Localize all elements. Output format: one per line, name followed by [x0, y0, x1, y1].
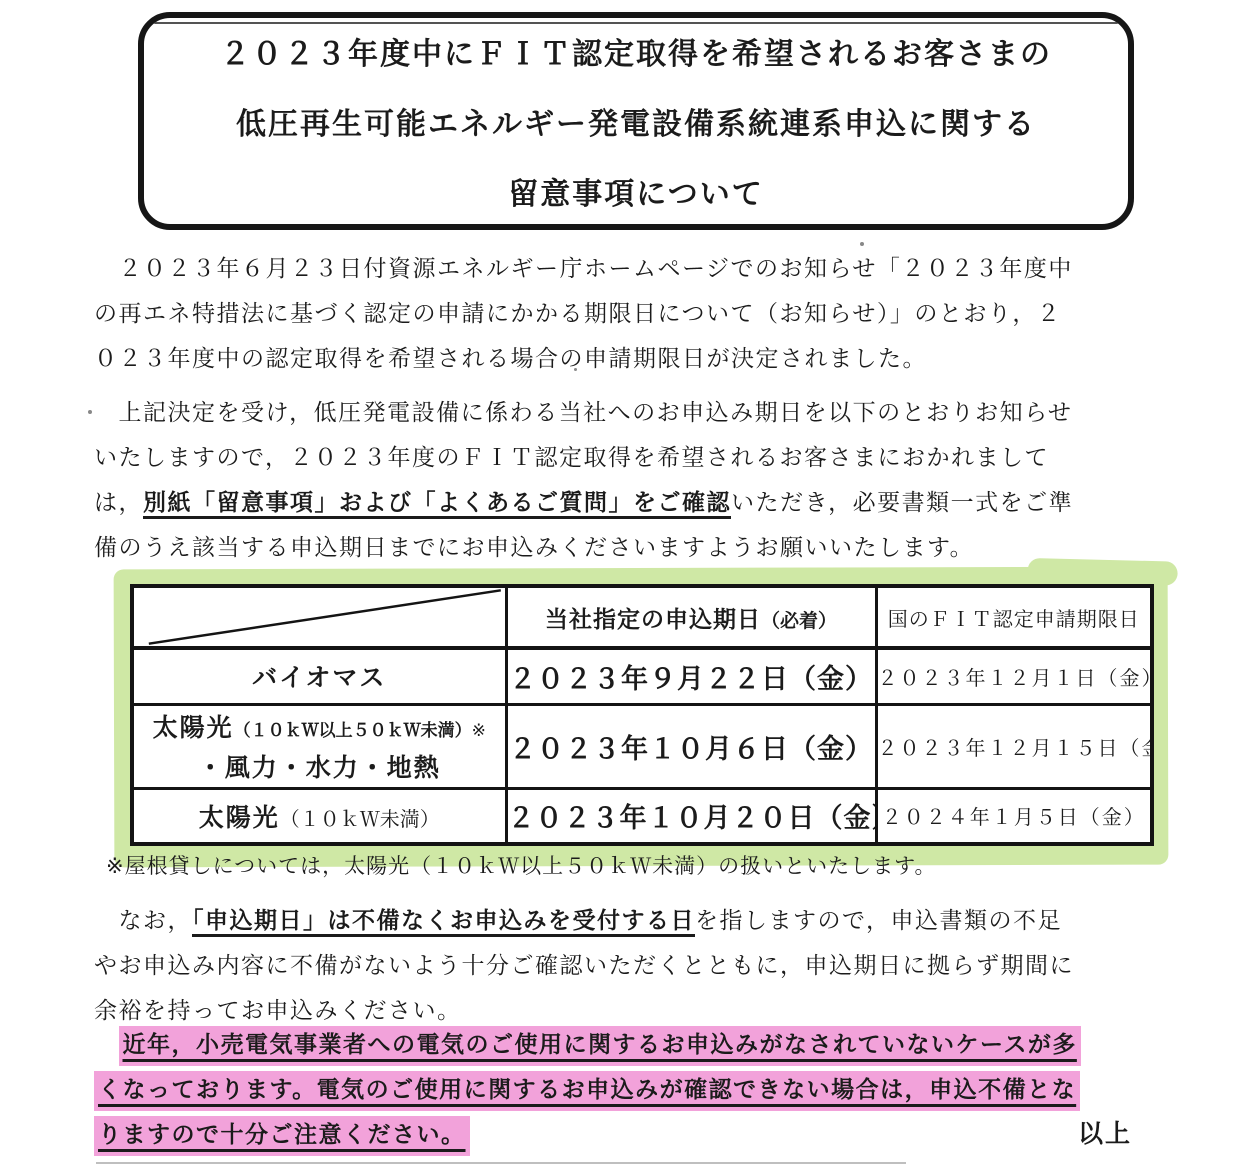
paragraph-notice: 上記決定を受け，低圧発電設備に係わる当社へのお申込み期日を以下のとおりお知らせい…	[94, 390, 1158, 570]
table-row-biomass: バイオマス ２０２３年９月２２日（金） ２０２３年１２月１日（金）	[132, 648, 1152, 704]
row-solar-mid-fit-deadline: ２０２３年１２月１５日（金）	[878, 738, 1153, 760]
row-solar-small-fit-deadline-cell: ２０２４年１月５日（金）	[876, 788, 1152, 844]
document-page: ２０２３年度中にＦＩＴ認定取得を希望されるお客さまの 低圧再生可能エネルギー発電…	[0, 0, 1240, 1168]
header-company-deadline-label: 当社指定の申込期日	[545, 606, 761, 632]
text-segment	[94, 1031, 119, 1057]
emphasized-text: 「申込期日」は不備なくお申込みを受付する日	[192, 907, 695, 933]
text-line: ０２３年度中の認定取得を希望される場合の申請期限日が決定されました。	[94, 336, 1158, 381]
text-line: いたしますので，２０２３年度のＦＩＴ認定取得を希望されるお客さまにおかれまして	[94, 435, 1158, 480]
text-segment: は，	[94, 489, 143, 515]
emphasized-text: 別紙「留意事項」および「よくあるご質問」をご確認	[143, 489, 731, 515]
text-segment: いただき，必要書類一式をご準	[731, 489, 1073, 515]
table-row-solar-wind-hydro-geothermal: 太陽光（１０ｋＷ以上５０ｋＷ未満）※ ・風力・水力・地熱 ２０２３年１０月６日（…	[132, 704, 1152, 788]
row-solar-mid-label: 太陽光	[153, 714, 234, 742]
scan-speck	[574, 368, 577, 371]
scan-speck	[860, 242, 864, 246]
scan-artifact-line	[96, 1162, 906, 1164]
text-line: 上記決定を受け，低圧発電設備に係わる当社へのお申込み期日を以下のとおりお知らせ	[94, 390, 1158, 435]
text-line: くなっております。電気のご使用に関するお申込みが確認できない場合は，申込不備とな	[94, 1067, 1158, 1112]
emphasized-text: くなっております。電気のご使用に関するお申込みが確認できない場合は，申込不備とな	[94, 1071, 1080, 1111]
text-segment: 備のうえ該当する申込期日までにお申込みくださいますようお願いいたします。	[94, 534, 974, 560]
text-line: りますので十分ご注意ください。	[94, 1112, 1158, 1157]
row-solar-small-label-paren: （１０ｋＷ未満）	[280, 809, 440, 831]
text-segment: 余裕を持ってお申込みください。	[94, 997, 462, 1023]
title-box: ２０２３年度中にＦＩＴ認定取得を希望されるお客さまの 低圧再生可能エネルギー発電…	[138, 12, 1134, 230]
text-line: は，別紙「留意事項」および「よくあるご質問」をご確認いただき，必要書類一式をご準	[94, 480, 1158, 525]
row-solar-small-fit-deadline: ２０２４年１月５日（金）	[882, 807, 1146, 829]
row-solar-small-label: 太陽光	[199, 804, 280, 832]
row-solar-mid-deadline: ２０２３年１０月６日（金）	[509, 734, 873, 764]
text-line: やお申込み内容に不備がないよう十分ご確認いただくとともに，申込期日に拠らず期間に	[94, 943, 1158, 988]
title-line-1: ２０２３年度中にＦＩＴ認定取得を希望されるお客さまの	[220, 29, 1052, 73]
row-solar-mid-fit-deadline-cell: ２０２３年１２月１５日（金）	[876, 704, 1152, 788]
text-line: 近年，小売電気事業者への電気のご使用に関するお申込みがなされていないケースが多	[94, 1022, 1158, 1067]
paragraph-warning: 近年，小売電気事業者への電気のご使用に関するお申込みがなされていないケースが多く…	[94, 1022, 1158, 1157]
text-line: ２０２３年６月２３日付資源エネルギー庁ホームページでのお知らせ「２０２３年度中	[94, 246, 1158, 291]
row-biomass-deadline: ２０２３年９月２２日（金）	[509, 664, 873, 694]
text-line: なお，「申込期日」は不備なくお申込みを受付する日を指しますので，申込書類の不足	[94, 898, 1158, 943]
deadline-table: 当社指定の申込期日（必着） 国のＦＩＴ認定申請期限日 バイオマス ２０２３年９月…	[130, 584, 1154, 846]
text-segment: 上記決定を受け，低圧発電設備に係わる当社へのお申込み期日を以下のとおりお知らせ	[94, 399, 1072, 425]
row-biomass-label: バイオマス	[252, 664, 386, 692]
text-segment: なお，	[94, 907, 192, 933]
paragraph-announcement: ２０２３年６月２３日付資源エネルギー庁ホームページでのお知らせ「２０２３年度中の…	[94, 246, 1158, 381]
header-fit-deadline-label: 国のＦＩＴ認定申請期限日	[888, 609, 1140, 631]
paragraph-caution: なお，「申込期日」は不備なくお申込みを受付する日を指しますので，申込書類の不足や…	[94, 898, 1158, 1033]
emphasized-text: 近年，小売電気事業者への電気のご使用に関するお申込みがなされていないケースが多	[119, 1026, 1081, 1066]
diagonal-line	[134, 588, 505, 646]
text-segment: いたしますので，２０２３年度のＦＩＴ認定取得を希望されるお客さまにおかれまして	[94, 444, 1049, 470]
row-solar-mid-label-cell: 太陽光（１０ｋＷ以上５０ｋＷ未満）※ ・風力・水力・地熱	[132, 704, 506, 788]
title-line-3: 留意事項について	[508, 169, 763, 213]
row-wind-hydro-geothermal-label: ・風力・水力・地熱	[134, 748, 505, 784]
text-segment: を指しますので，申込書類の不足	[695, 907, 1062, 933]
table-footnote: ※屋根貸しについては，太陽光（１０ｋＷ以上５０ｋＷ未満）の扱いといたします。	[106, 848, 937, 886]
row-solar-small-label-cell: 太陽光（１０ｋＷ未満）	[132, 788, 506, 844]
row-solar-small-deadline-cell: ２０２３年１０月２０日（金）	[506, 788, 876, 844]
row-biomass-deadline-cell: ２０２３年９月２２日（金）	[506, 648, 876, 704]
row-solar-mid-deadline-cell: ２０２３年１０月６日（金）	[506, 704, 876, 788]
closing-text: 以上	[1078, 1114, 1132, 1150]
table-row-solar-small: 太陽光（１０ｋＷ未満） ２０２３年１０月２０日（金） ２０２４年１月５日（金）	[132, 788, 1152, 844]
scan-speck	[88, 410, 92, 414]
row-biomass-fit-deadline: ２０２３年１２月１日（金）	[878, 668, 1153, 690]
row-biomass-label-cell: バイオマス	[132, 648, 506, 704]
text-line: 備のうえ該当する申込期日までにお申込みくださいますようお願いいたします。	[94, 525, 1158, 570]
text-line: の再エネ特措法に基づく認定の申請にかかる期限日について（お知らせ）」のとおり，２	[94, 291, 1158, 336]
emphasized-text: りますので十分ご注意ください。	[94, 1116, 470, 1156]
title-line-2: 低圧再生可能エネルギー発電設備系統連系申込に関する	[236, 99, 1036, 143]
row-biomass-fit-deadline-cell: ２０２３年１２月１日（金）	[876, 648, 1152, 704]
table-header-fit-deadline: 国のＦＩＴ認定申請期限日	[876, 586, 1152, 648]
text-segment: やお申込み内容に不備がないよう十分ご確認いただくとともに，申込期日に拠らず期間に	[94, 952, 1074, 978]
header-company-deadline-paren: （必着）	[761, 611, 837, 632]
text-segment: の再エネ特措法に基づく認定の申請にかかる期限日について（お知らせ）」のとおり，２	[94, 300, 1061, 326]
text-segment: ２０２３年６月２３日付資源エネルギー庁ホームページでのお知らせ「２０２３年度中	[94, 255, 1073, 281]
row-solar-mid-label-paren: （１０ｋＷ以上５０ｋＷ未満）	[234, 721, 472, 740]
text-segment: ０２３年度中の認定取得を希望される場合の申請期限日が決定されました。	[94, 345, 927, 371]
table-header-company-deadline: 当社指定の申込期日（必着）	[506, 586, 876, 648]
table-header-row: 当社指定の申込期日（必着） 国のＦＩＴ認定申請期限日	[132, 586, 1152, 648]
row-solar-small-deadline: ２０２３年１０月２０日（金）	[508, 803, 877, 833]
row-solar-mid-label-mark: ※	[472, 721, 486, 740]
table-header-diagonal-cell	[132, 586, 506, 648]
